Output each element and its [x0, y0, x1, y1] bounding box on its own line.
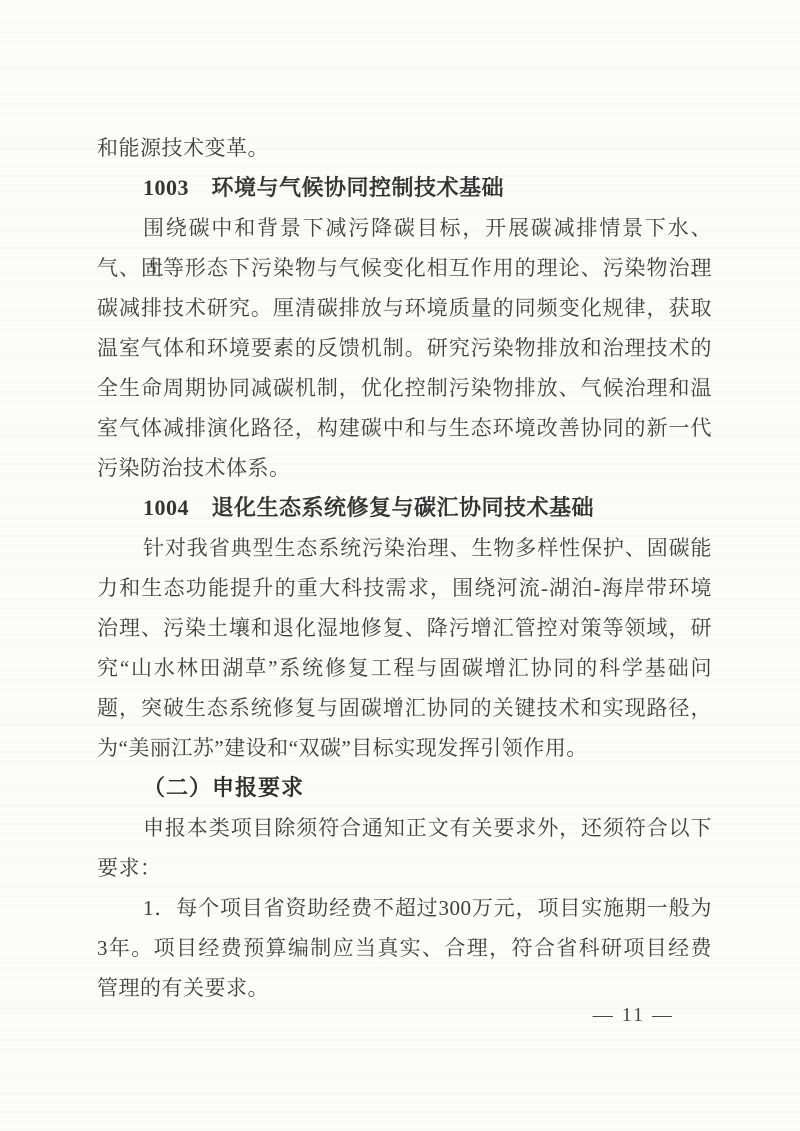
paragraph-1003-line: 围绕碳中和背景下减污降碳目标，开展碳减排情景下水、土、	[97, 208, 712, 248]
paragraph-1003-line: 室气体减排演化路径，构建碳中和与生态环境改善协同的新一代	[97, 408, 712, 448]
paragraph-1004-line: 究“山水林田湖草”系统修复工程与固碳增汇协同的科学基础问	[97, 648, 712, 688]
paragraph-requirements-intro-line: 要求：	[97, 848, 712, 888]
paragraph-1003-line: 碳减排技术研究。厘清碳排放与环境质量的同频变化规律，获取	[97, 288, 712, 328]
paragraph-1003-line: 气、固等形态下污染物与气候变化相互作用的理论、污染物治理	[97, 248, 712, 288]
paragraph-1004-line: 力和生态功能提升的重大科技需求，围绕河流-湖泊-海岸带环境	[97, 568, 712, 608]
heading-1003: 1003 环境与气候协同控制技术基础	[97, 168, 712, 208]
paragraph-1004-line: 针对我省典型生态系统污染治理、生物多样性保护、固碳能	[97, 528, 712, 568]
paragraph-requirement-1-line: 1．每个项目省资助经费不超过300万元，项目实施期一般为	[97, 888, 712, 928]
paragraph-1003-line: 污染防治技术体系。	[97, 448, 712, 488]
document-body: 和能源技术变革。 1003 环境与气候协同控制技术基础 围绕碳中和背景下减污降碳…	[97, 128, 712, 1008]
heading-application-requirements: （二）申报要求	[97, 768, 712, 808]
paragraph-1004-line: 题，突破生态系统修复与固碳增汇协同的关键技术和实现路径，	[97, 688, 712, 728]
scanned-document-page: 和能源技术变革。 1003 环境与气候协同控制技术基础 围绕碳中和背景下减污降碳…	[0, 0, 800, 1131]
paragraph-1004-line: 为“美丽江苏”建设和“双碳”目标实现发挥引领作用。	[97, 728, 712, 768]
paragraph-1003-line: 温室气体和环境要素的反馈机制。研究污染物排放和治理技术的	[97, 328, 712, 368]
paragraph-continuation-line: 和能源技术变革。	[97, 128, 712, 168]
paragraph-1004-line: 治理、污染土壤和退化湿地修复、降污增汇管控对策等领域，研	[97, 608, 712, 648]
paragraph-requirement-1-line: 3年。项目经费预算编制应当真实、合理，符合省科研项目经费	[97, 928, 712, 968]
paragraph-1003-line: 全生命周期协同减碳机制，优化控制污染物排放、气候治理和温	[97, 368, 712, 408]
heading-1004: 1004 退化生态系统修复与碳汇协同技术基础	[97, 488, 712, 528]
page-number: — 11 —	[0, 1000, 800, 1030]
paragraph-requirements-intro-line: 申报本类项目除须符合通知正文有关要求外，还须符合以下	[97, 808, 712, 848]
